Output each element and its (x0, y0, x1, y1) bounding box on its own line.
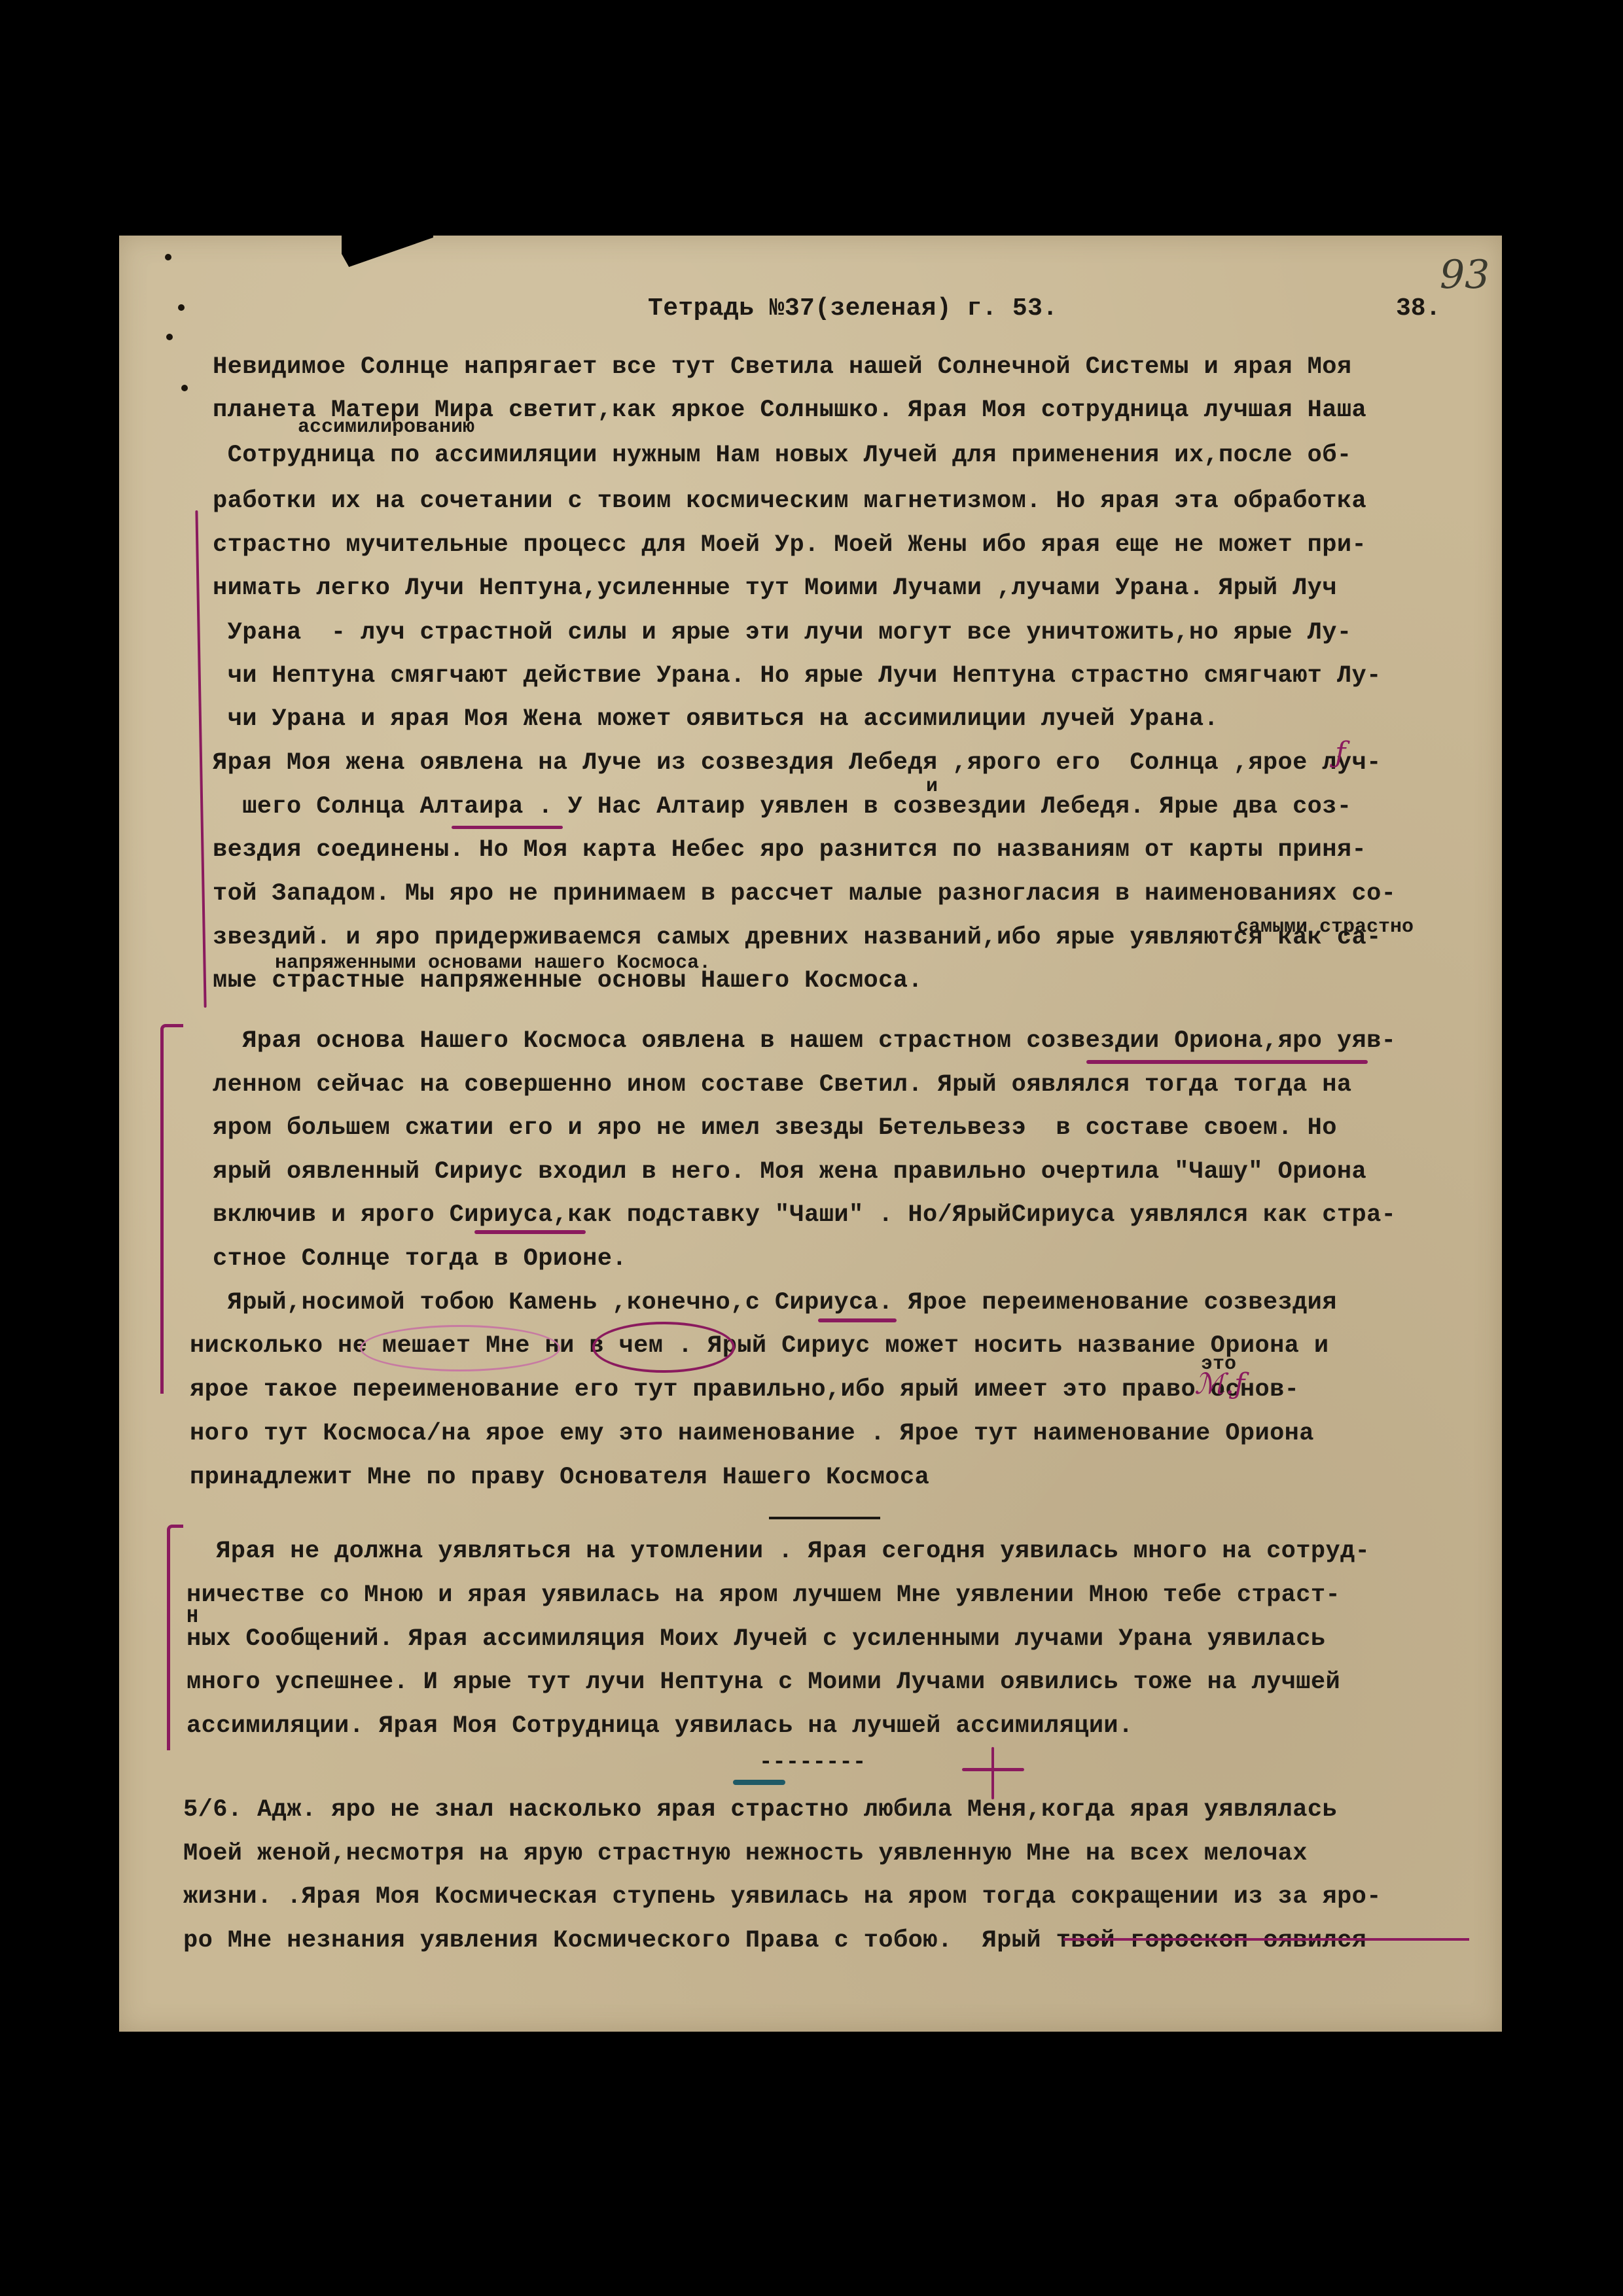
text-line: ничестве со Мною и ярая уявилась на яром… (187, 1581, 1340, 1609)
handwritten-correction: ℳ.ƒ (1194, 1368, 1245, 1401)
text-line: ро Мне незнания уявления Космического Пр… (183, 1927, 1366, 1954)
text-line: той Западом. Мы яро не принимаем в рассч… (213, 880, 1396, 908)
text-line: звездий. и яро придерживаемся самых древ… (213, 924, 1382, 951)
page-number: 38. (1396, 294, 1440, 323)
strikethrough-mark (1063, 1938, 1469, 1941)
text-line: Ярая не должна уявляться на утомлении . … (187, 1538, 1370, 1565)
underline-mark (474, 1230, 586, 1234)
underline-mark (1086, 1060, 1368, 1064)
interlinear-correction: ассимилированию (298, 416, 474, 438)
text-line: Моей женой,несмотря на ярую страстную не… (183, 1840, 1308, 1867)
text-line: Сотрудница по ассимиляции нужным Нам нов… (213, 442, 1351, 469)
handwritten-folio-number: 93 (1440, 252, 1489, 298)
punch-hole (178, 304, 185, 311)
text-line: чи Урана и ярая Моя Жена может оявиться … (213, 705, 1219, 733)
margin-bracket (160, 1024, 183, 1394)
plus-mark-horizontal (962, 1768, 1024, 1771)
underline-mark (818, 1318, 897, 1322)
text-line: ленном сейчас на совершенно ином составе… (213, 1071, 1351, 1099)
section-separator (769, 1517, 880, 1519)
punch-hole (165, 254, 171, 260)
text-line: ассимиляции. Ярая Моя Сотрудница уявилас… (187, 1712, 1133, 1740)
punch-hole (181, 385, 188, 391)
text-line: включив и ярого Сириуса,как подставку "Ч… (213, 1201, 1396, 1229)
handwritten-correction: ƒ (1335, 736, 1346, 769)
text-line: нимать легко Лучи Нептуна,усиленные тут … (213, 574, 1337, 602)
text-line: чи Нептуна смягчают действие Урана. Но я… (213, 662, 1382, 690)
circled-text-mark (360, 1325, 560, 1371)
text-line: ярый оявленный Сириус входил в него. Моя… (213, 1158, 1366, 1186)
punch-hole (166, 334, 173, 340)
text-line: мые страстные напряженные основы Нашего … (213, 967, 923, 995)
text-line: принадлежит Мне по праву Основателя Наше… (190, 1464, 929, 1491)
text-line: Ярый,носимой тобою Камень ,конечно,с Сир… (213, 1289, 1337, 1316)
notebook-header: Тетрадь №37(зеленая) г. 53. (648, 294, 1058, 323)
torn-corner (342, 234, 433, 267)
underline-mark (452, 826, 563, 829)
text-line: работки их на сочетании с твоим космичес… (213, 487, 1366, 515)
text-line: Невидимое Солнце напрягает все тут Свети… (213, 353, 1351, 381)
text-line: жизни. .Ярая Моя Космическая ступень уяв… (183, 1883, 1382, 1911)
text-line: Ярая основа Нашего Космоса оявлена в наш… (213, 1027, 1396, 1055)
text-line: стное Солнце тогда в Орионе. (213, 1245, 627, 1273)
text-line: Урана - луч страстной силы и ярые эти лу… (213, 619, 1351, 646)
teal-pencil-mark (733, 1780, 785, 1785)
text-line: вездия соединены. Но Моя карта Небес яро… (213, 836, 1366, 864)
text-line: яром большем сжатии его и яро не имел зв… (213, 1114, 1337, 1142)
dashed-separator: -------- (759, 1750, 866, 1775)
text-line: ярое такое переименование его тут правил… (190, 1376, 1299, 1404)
text-line: ных Сообщений. Ярая ассимиляция Моих Луч… (187, 1625, 1325, 1653)
text-line: много успешнее. И ярые тут лучи Нептуна … (187, 1669, 1340, 1696)
margin-bracket (167, 1525, 183, 1750)
text-line: ного тут Космоса/на ярое ему это наимено… (190, 1420, 1314, 1447)
text-line: 5/6. Адж. яро не знал насколько ярая стр… (183, 1796, 1337, 1824)
text-line: шего Солнца Алтаира . У Нас Алтаир уявле… (213, 793, 1351, 821)
text-line: страстно мучительные процесс для Моей Ур… (213, 531, 1366, 559)
circled-text-mark (592, 1322, 735, 1373)
text-line: Ярая Моя жена оявлена на Луче из созвезд… (213, 749, 1382, 777)
plus-mark-vertical (991, 1747, 994, 1799)
